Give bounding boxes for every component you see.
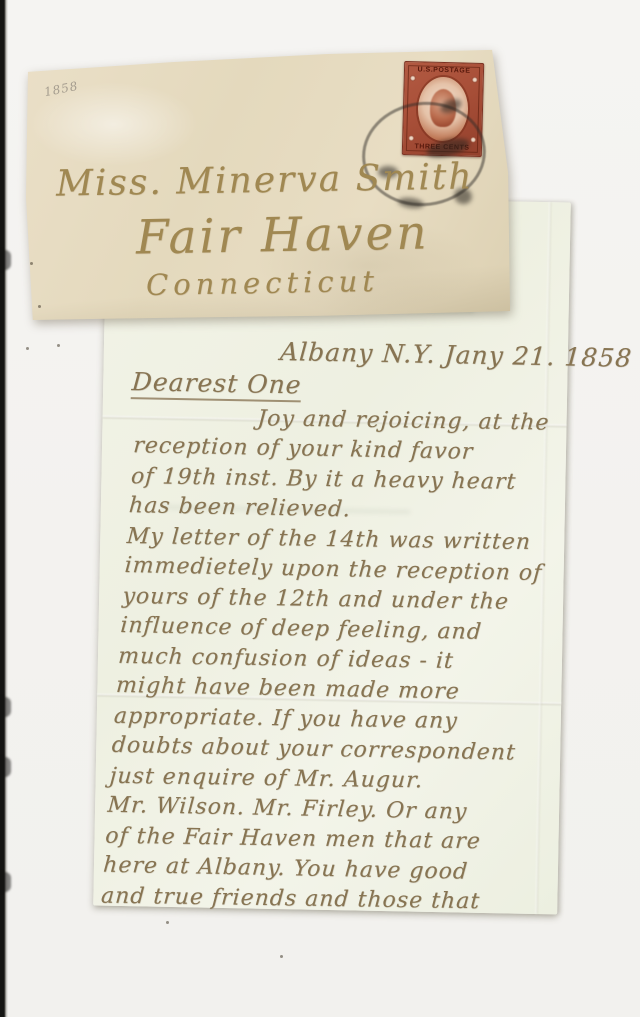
edge-notch: [0, 872, 11, 892]
edge-notch: [0, 757, 11, 777]
pencil-year-note: 1858: [43, 79, 80, 99]
dust-speck: [166, 921, 169, 924]
dust-speck: [26, 347, 29, 350]
letter-salutation: Dearest One: [131, 367, 575, 409]
letter-line: and true friends and those that: [100, 882, 538, 918]
scanner-edge-strip: [0, 0, 8, 1017]
letter-body: Albany N.Y. Jany 21. 1858 Dearest One Jo…: [94, 334, 577, 919]
address-town: Fair Haven: [136, 205, 430, 265]
dust-speck: [280, 955, 283, 958]
edge-notch: [0, 250, 11, 270]
address-recipient: Miss. Minerva Smith: [56, 156, 474, 204]
dust-speck: [38, 305, 41, 308]
envelope-paper: 1858 U.S.POSTAGE THREE CENTS Miss. Miner…: [26, 48, 512, 320]
edge-notch: [0, 697, 11, 717]
dust-speck: [57, 344, 60, 347]
dust-speck: [30, 262, 33, 265]
scanned-document: Albany N.Y. Jany 21. 1858 Dearest One Jo…: [0, 0, 640, 1017]
stamp-corner-ornament: [410, 75, 416, 81]
envelope: 1858 U.S.POSTAGE THREE CENTS Miss. Miner…: [26, 48, 512, 320]
letter-line: Joy and rejoicing, at the: [256, 404, 572, 439]
address-state: Connecticut: [146, 264, 379, 302]
